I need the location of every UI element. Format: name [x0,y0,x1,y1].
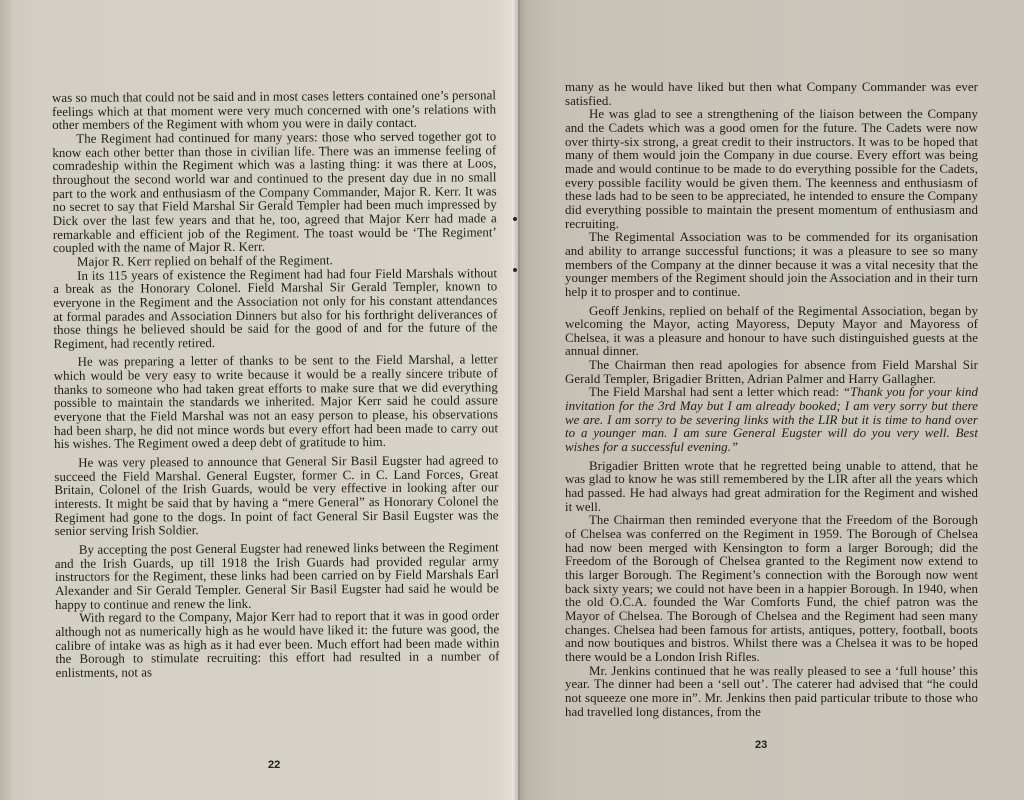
page-number: 22 [268,759,280,771]
paragraph: The Regiment had continued for many year… [52,130,497,256]
paragraph: He was very pleased to announce that Gen… [54,454,498,539]
letter-intro: The Field Marshal had sent a letter whic… [589,385,839,399]
paragraph: The Chairman then reminded everyone that… [565,514,978,664]
paragraph: Mr. Jenkins continued that he was really… [565,665,978,720]
book-spread: was so much that could not be said and i… [0,0,1024,800]
gutter [512,0,520,800]
right-page: many as he would have liked but then wha… [518,0,1024,800]
staple-hole [513,268,517,272]
staple-hole [513,217,517,221]
left-page-text: was so much that could not be said and i… [52,89,500,680]
right-page-text: many as he would have liked but then wha… [565,81,978,719]
paragraph: He was preparing a letter of thanks to b… [54,354,499,452]
paragraph: The Regimental Association was to be com… [565,231,978,299]
paragraph: In its 115 years of existence the Regime… [53,267,497,352]
paragraph: Geoff Jenkins, replied on behalf of the … [565,305,978,360]
paragraph: was so much that could not be said and i… [52,89,496,133]
paragraph: The Field Marshal had sent a letter whic… [565,386,978,454]
page-number: 23 [755,739,767,751]
paragraph: many as he would have liked but then wha… [565,81,978,108]
paragraph: With regard to the Company, Major Kerr h… [55,610,499,681]
left-page: was so much that could not be said and i… [0,0,518,800]
paragraph: He was glad to see a strengthening of th… [565,108,978,231]
paragraph: The Chairman then read apologies for abs… [565,359,978,386]
paragraph: By accepting the post General Eugster ha… [55,541,499,612]
paragraph: Brigadier Britten wrote that he regrette… [565,460,978,515]
